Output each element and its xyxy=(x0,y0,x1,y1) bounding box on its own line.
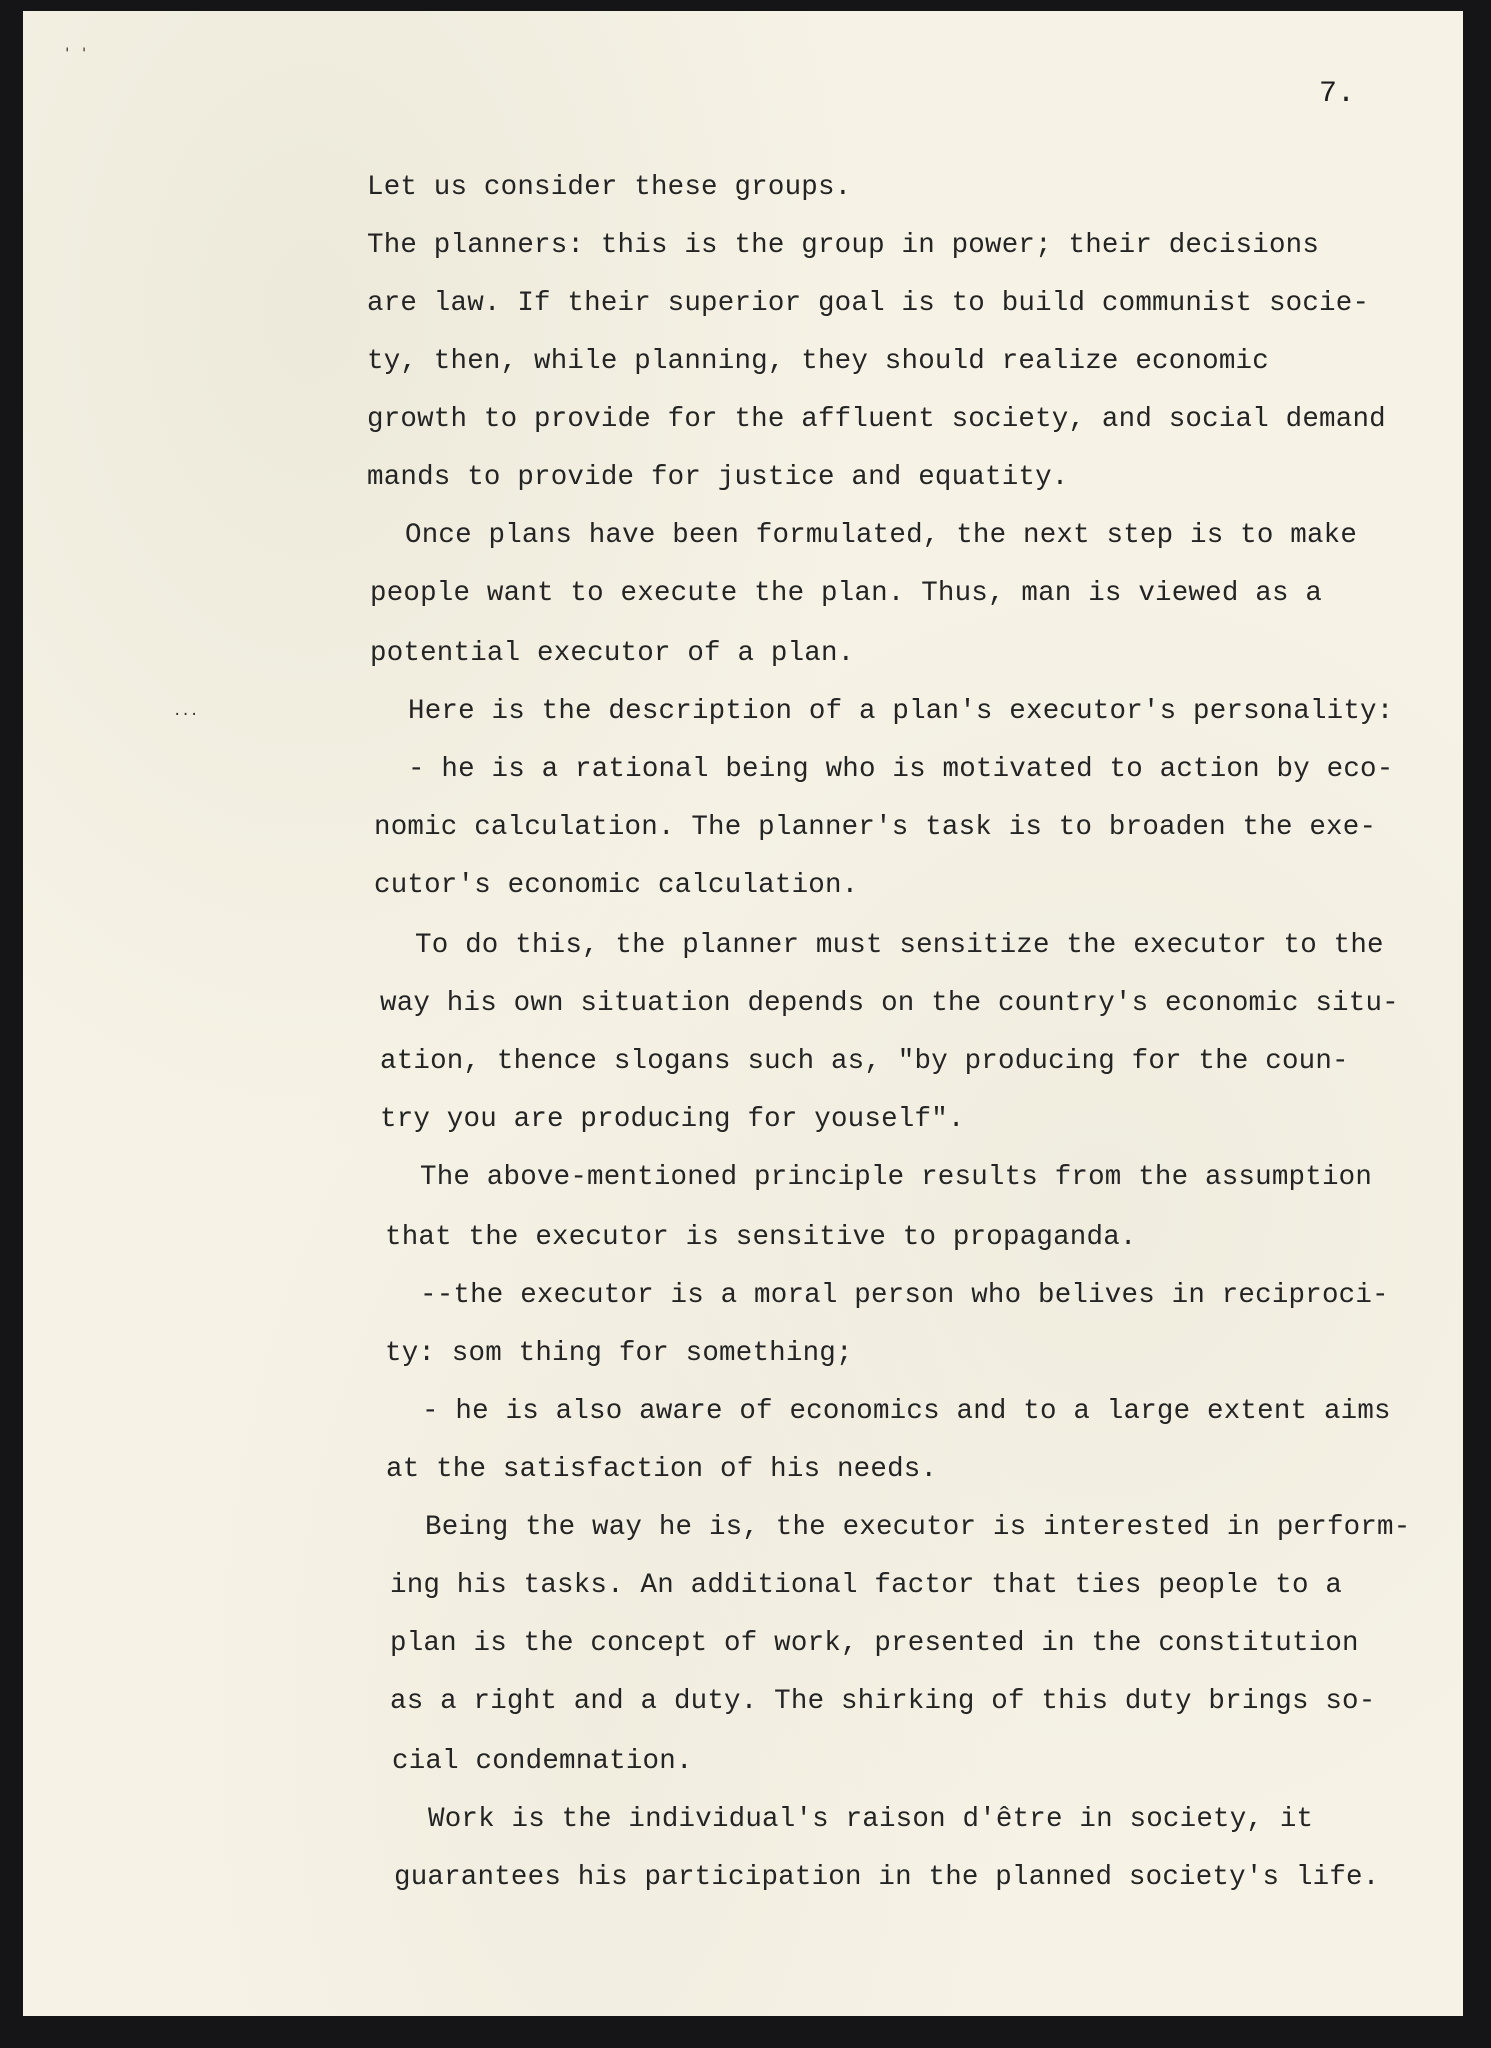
text-line: Here is the description of a plan's exec… xyxy=(408,698,1393,726)
page-number: 7. xyxy=(1319,77,1355,111)
text-line: ing his tasks. An additional factor that… xyxy=(390,1572,1342,1600)
text-line: ty, then, while planning, they should re… xyxy=(367,348,1269,376)
text-line: are law. If their superior goal is to bu… xyxy=(367,290,1369,318)
typewritten-page: ' ' ... 7. Let us consider these groups.… xyxy=(23,11,1463,2016)
text-line: - he is a rational being who is motivate… xyxy=(408,756,1393,784)
text-line: plan is the concept of work, presented i… xyxy=(390,1630,1359,1658)
text-line: Work is the individual's raison d'être i… xyxy=(428,1806,1313,1834)
text-line: The planners: this is the group in power… xyxy=(367,232,1319,260)
text-line: To do this, the planner must sensitize t… xyxy=(415,932,1384,960)
text-line: ation, thence slogans such as, "by produ… xyxy=(380,1048,1349,1076)
text-line: Let us consider these groups. xyxy=(367,174,851,202)
text-line: at the satisfaction of his needs. xyxy=(386,1456,937,1484)
text-line: --the executor is a moral person who bel… xyxy=(420,1282,1389,1310)
text-line: - he is also aware of economics and to a… xyxy=(422,1398,1391,1426)
text-line: mands to provide for justice and equatit… xyxy=(367,464,1069,492)
text-line: ty: som thing for something; xyxy=(385,1340,853,1368)
text-line: as a right and a duty. The shirking of t… xyxy=(390,1688,1375,1716)
text-line: people want to execute the plan. Thus, m… xyxy=(370,580,1322,608)
text-line: cutor's economic calculation. xyxy=(374,872,858,900)
text-line: growth to provide for the affluent socie… xyxy=(367,406,1386,434)
margin-mark-left: ... xyxy=(173,703,198,719)
text-line: Being the way he is, the executor is int… xyxy=(425,1514,1410,1542)
text-line: cial condemnation. xyxy=(392,1748,693,1776)
text-line: The above-mentioned principle results fr… xyxy=(420,1164,1372,1192)
text-line: potential executor of a plan. xyxy=(370,640,854,668)
text-line: Once plans have been formulated, the nex… xyxy=(405,522,1357,550)
text-line: try you are producing for youself". xyxy=(380,1106,965,1134)
margin-mark-top: ' ' xyxy=(63,46,88,62)
text-line: guarantees his participation in the plan… xyxy=(394,1864,1379,1892)
text-line: nomic calculation. The planner's task is… xyxy=(374,814,1376,842)
text-line: that the executor is sensitive to propag… xyxy=(385,1224,1137,1252)
text-line: way his own situation depends on the cou… xyxy=(380,990,1399,1018)
